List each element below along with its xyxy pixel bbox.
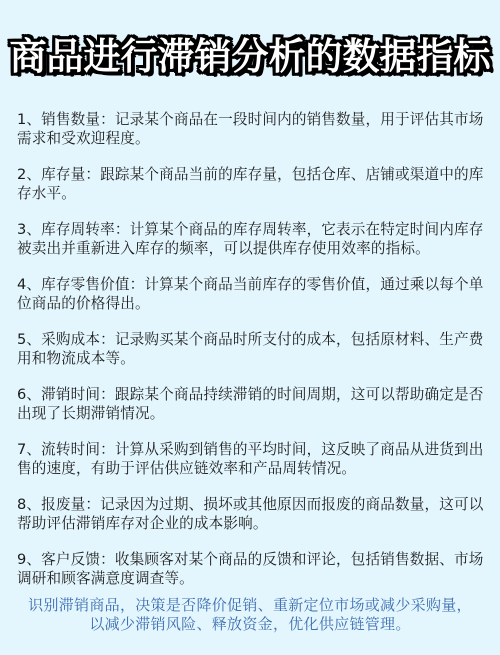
metric-customer-feedback: 9、客户反馈：收集顾客对某个商品的反馈和评论，包括销售数据、市场调研和顾客满意度… — [17, 550, 487, 588]
summary-footer: 识别滞销商品，决策是否降价促销、重新定位市场或减少采购量， 以减少滞销风险、释放… — [0, 596, 500, 634]
metric-inventory-level: 2、库存量：跟踪某个商品当前的库存量，包括仓库、店铺或渠道中的库存水平。 — [17, 165, 487, 203]
metrics-list: 1、销售数量：记录某个商品在一段时间内的销售数量，用于评估其市场需求和受欢迎程度… — [17, 110, 487, 605]
summary-line-2: 以减少滞销风险、释放资金，优化供应链管理。 — [0, 615, 500, 634]
metric-inventory-turnover: 3、库存周转率：计算某个商品的库存周转率，它表示在特定时间内库存被卖出并重新进入… — [17, 220, 487, 258]
metric-inventory-retail-value: 4、库存零售价值：计算某个商品当前库存的零售价值，通过乘以每个单位商品的价格得出… — [17, 275, 487, 313]
metric-purchase-cost: 5、采购成本：记录购买某个商品时所支付的成本，包括原材料、生产费用和物流成本等。 — [17, 330, 487, 368]
page-title: 商品进行滞销分析的数据指标 — [0, 33, 500, 81]
summary-line-1: 识别滞销商品，决策是否降价促销、重新定位市场或减少采购量， — [0, 596, 500, 615]
metric-unsold-duration: 6、滞销时间：跟踪某个商品持续滞销的时间周期，这可以帮助确定是否出现了长期滞销情… — [17, 385, 487, 423]
metric-flow-time: 7、流转时间：计算从采购到销售的平均时间，这反映了商品从进货到出售的速度，有助于… — [17, 440, 487, 478]
metric-scrap-volume: 8、报废量：记录因为过期、损坏或其他原因而报废的商品数量，这可以帮助评估滞销库存… — [17, 495, 487, 533]
metric-sales-volume: 1、销售数量：记录某个商品在一段时间内的销售数量，用于评估其市场需求和受欢迎程度… — [17, 110, 487, 148]
